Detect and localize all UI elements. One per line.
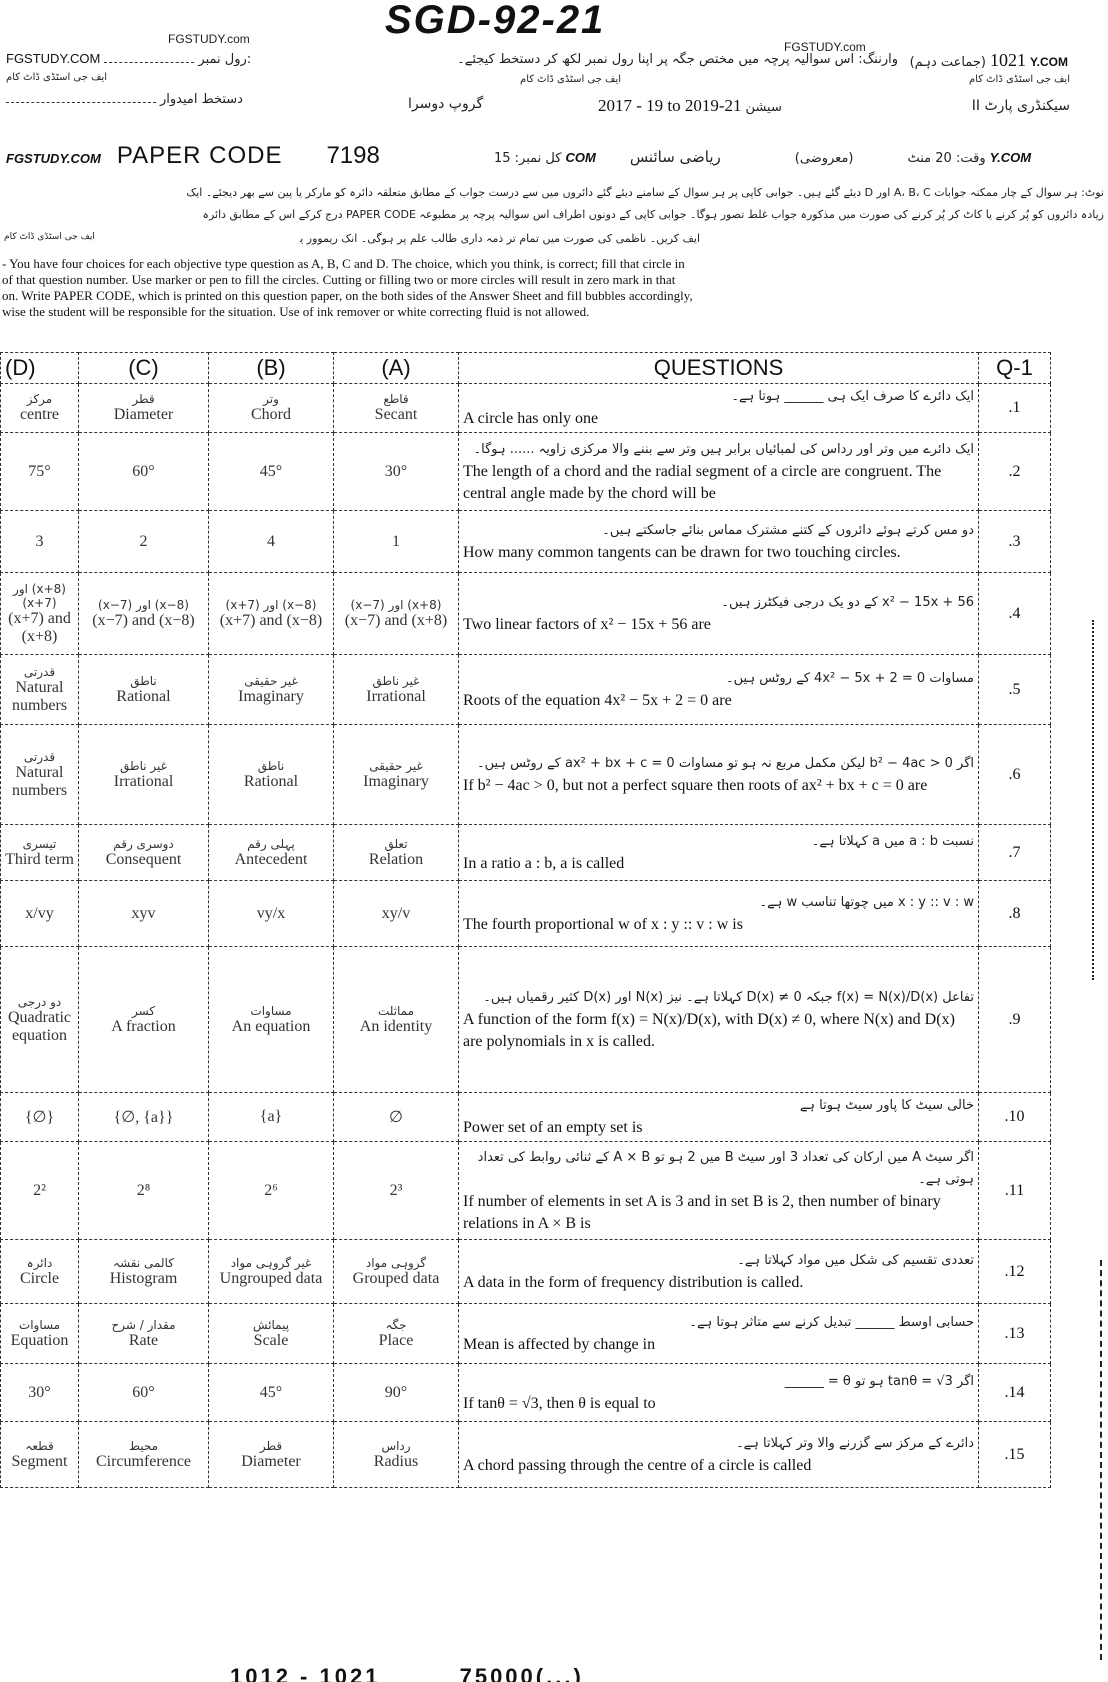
option-b: غیر گروہی موادUngrouped data xyxy=(209,1240,334,1304)
d-ur-text: مرکز xyxy=(5,392,74,406)
question-number: .15 xyxy=(979,1422,1051,1488)
watermark: FGSTUDY.COM xyxy=(6,51,100,66)
option-d: قطعہSegment xyxy=(1,1422,79,1488)
c-text: Circumference xyxy=(96,1453,191,1470)
questions-table: (D) (C) (B) (A) QUESTIONS Q-1 مرکزcentre… xyxy=(0,352,1051,1488)
b-text: An equation xyxy=(232,1018,311,1035)
footer-handwritten: 1012 - 1021 ____ 75000(...) xyxy=(230,1664,584,1682)
b-text: Ungrouped data xyxy=(220,1270,323,1287)
question-text: نسبت a : b میں a کہلاتا ہے۔In a ratio a … xyxy=(459,825,979,881)
question-text: x² − 15x + 56 کے دو یک درجی فیکٹرز ہیں۔T… xyxy=(459,573,979,655)
watermark: Y.COM xyxy=(990,150,1031,165)
q-ur-text: اگر سیٹ A میں ارکان کی تعداد 3 اور سیٹ B… xyxy=(463,1147,974,1191)
c-text: Histogram xyxy=(110,1270,178,1287)
question-number: .14 xyxy=(979,1364,1051,1422)
q-en-text: If tanθ = √3, then θ is equal to xyxy=(463,1395,656,1412)
time-label: وقت: 20 منٹ xyxy=(907,151,985,166)
c-text: Rate xyxy=(129,1332,158,1349)
question-number: .8 xyxy=(979,881,1051,947)
option-b: {a} xyxy=(209,1093,334,1142)
option-a: غیر حقیقیImaginary xyxy=(334,725,459,825)
a-ur-text: قاطع xyxy=(338,392,454,406)
table-row: تیسریThird term دوسری رقمConsequent پہلی… xyxy=(1,825,1051,881)
question-text: اگر tanθ = √3 ہو تو θ = ______If tanθ = … xyxy=(459,1364,979,1422)
c-text: (x−7) and (x−8) xyxy=(92,612,194,629)
question-number: .1 xyxy=(979,384,1051,433)
question-text: دو مس کرتے ہوئے دائروں کے کتنے مشترک مما… xyxy=(459,511,979,573)
table-row: مساواتEquation مقدار / شرحRate پیمائشSca… xyxy=(1,1304,1051,1364)
num-text: .13 xyxy=(1005,1325,1025,1342)
option-c: 60° xyxy=(79,1364,209,1422)
option-a: 30° xyxy=(334,433,459,511)
a-text: Imaginary xyxy=(363,773,429,790)
q-en-text: Power set of an empty set is xyxy=(463,1119,643,1136)
option-b: 4 xyxy=(209,511,334,573)
q-en-text: If number of elements in set A is 3 and … xyxy=(463,1193,941,1232)
c-text: 60° xyxy=(132,1384,154,1401)
d-text: Circle xyxy=(20,1270,59,1287)
b-text: Antecedent xyxy=(235,851,308,868)
option-d: دائرہCircle xyxy=(1,1240,79,1304)
q-ur-text: تعددی تقسیم کی شکل میں مواد کہلاتا ہے۔ xyxy=(463,1250,974,1272)
class-code: 1021 xyxy=(990,50,1026,70)
table-row: قدرتیNatural numbers غیر ناطقIrrational … xyxy=(1,725,1051,825)
paper-code-label: PAPER CODE xyxy=(117,142,283,169)
class-label: (جماعت دہم) 1021 Y.COM xyxy=(910,50,1068,71)
num-text: .11 xyxy=(1005,1182,1024,1199)
question-text: تعددی تقسیم کی شکل میں مواد کہلاتا ہے۔A … xyxy=(459,1240,979,1304)
a-text: Grouped data xyxy=(353,1270,440,1287)
a-text: (x−7) and (x+8) xyxy=(345,612,447,629)
option-b: پیمائشScale xyxy=(209,1304,334,1364)
option-a: ∅ xyxy=(334,1093,459,1142)
c-text: Diameter xyxy=(114,406,174,423)
q-ur-text: تفاعل f(x) = N(x)/D(x) جبکہ D(x) ≠ 0 کہل… xyxy=(463,987,974,1009)
option-a: جگہPlace xyxy=(334,1304,459,1364)
a-text: Secant xyxy=(375,406,418,423)
d-text: 30° xyxy=(28,1384,50,1401)
c-text: Rational xyxy=(116,688,170,705)
b-text: vy/x xyxy=(257,905,285,922)
c-ur-text: (x−8) اور (x−7) xyxy=(83,598,204,612)
table-row: (x+8) اور (x+7)(x+7) and (x+8) (x−8) اور… xyxy=(1,573,1051,655)
b-text: 2⁶ xyxy=(264,1182,278,1199)
a-text: ∅ xyxy=(389,1109,403,1126)
c-ur-text: کالمی نقشہ xyxy=(83,1256,204,1270)
c-text: {∅, {a}} xyxy=(114,1109,174,1126)
option-a: xy/v xyxy=(334,881,459,947)
option-d: تیسریThird term xyxy=(1,825,79,881)
question-number: .3 xyxy=(979,511,1051,573)
b-ur-text: غیر حقیقی xyxy=(213,674,329,688)
d-text: centre xyxy=(20,406,59,423)
num-text: .6 xyxy=(1009,766,1021,783)
d-text: (x+7) and (x+8) xyxy=(8,610,71,645)
question-text: ایک دائرے میں وتر اور رداس کی لمبائیاں ب… xyxy=(459,433,979,511)
b-ur-text: غیر گروہی مواد xyxy=(213,1256,329,1270)
option-c: غیر ناطقIrrational xyxy=(79,725,209,825)
table-row: 3 2 4 1 دو مس کرتے ہوئے دائروں کے کتنے م… xyxy=(1,511,1051,573)
c-text: Irrational xyxy=(114,773,174,790)
option-c: کسرA fraction xyxy=(79,947,209,1093)
table-row: قطعہSegment محیطCircumference قطرDiamete… xyxy=(1,1422,1051,1488)
margin-scribble xyxy=(1100,1260,1106,1660)
q-en-text: The length of a chord and the radial seg… xyxy=(463,463,941,502)
option-b: 2⁶ xyxy=(209,1142,334,1240)
c-text: xyv xyxy=(132,905,156,922)
q-en-text: A data in the form of frequency distribu… xyxy=(463,1274,803,1291)
d-ur-text: دائرہ xyxy=(5,1256,74,1270)
d-text: x/vy xyxy=(25,905,53,922)
marks-time-row: کل نمبر: 15 COM وقت: 20 منٹ (معروضی) ریا… xyxy=(494,148,1104,167)
q-ur-text: مساوات 4x² − 5x + 2 = 0 کے روٹس ہیں۔ xyxy=(463,668,974,690)
b-ur-text: پہلی رقم xyxy=(213,837,329,851)
b-text: (x+7) and (x−8) xyxy=(220,612,322,629)
d-ur-text: دو درجی xyxy=(5,995,74,1009)
option-b: 45° xyxy=(209,1364,334,1422)
candidate-sign-label: دستخط امیدوار xyxy=(160,92,243,107)
total-marks: کل نمبر: 15 xyxy=(494,151,561,166)
table-header: (D) (C) (B) (A) QUESTIONS Q-1 xyxy=(1,353,1051,384)
option-a: رداسRadius xyxy=(334,1422,459,1488)
question-number: .5 xyxy=(979,655,1051,725)
instructions-urdu-2: زیادہ دائروں کو پُر کرنے یا کاٹ کر پُر ک… xyxy=(4,208,1104,221)
a-ur-text: مماثلت xyxy=(338,1004,454,1018)
question-number: .10 xyxy=(979,1093,1051,1142)
option-a: (x+8) اور (x−7)(x−7) and (x+8) xyxy=(334,573,459,655)
watermark: COM xyxy=(565,150,595,165)
question-number: .11 xyxy=(979,1142,1051,1240)
d-text: Quadratic equation xyxy=(8,1009,71,1044)
option-c: ناطقRational xyxy=(79,655,209,725)
b-text: Imaginary xyxy=(238,688,304,705)
option-c: مقدار / شرحRate xyxy=(79,1304,209,1364)
paper-code-value: 7198 xyxy=(326,142,379,169)
a-text: 2³ xyxy=(390,1182,403,1199)
question-number: .9 xyxy=(979,947,1051,1093)
a-text: 1 xyxy=(392,533,400,550)
q-en-text: The fourth proportional w of x : y :: v … xyxy=(463,916,743,933)
c-ur-text: محیط xyxy=(83,1439,204,1453)
option-b: مساواتAn equation xyxy=(209,947,334,1093)
c-text: A fraction xyxy=(111,1018,175,1035)
b-ur-text: پیمائش xyxy=(213,1318,329,1332)
d-text: 2² xyxy=(33,1182,46,1199)
b-ur-text: مساوات xyxy=(213,1004,329,1018)
session: 2017 - 19 to 2019-21 سیشن xyxy=(598,96,782,116)
b-ur-text: قطر xyxy=(213,1439,329,1453)
q-en-text: How many common tangents can be drawn fo… xyxy=(463,544,901,561)
question-text: اگر سیٹ A میں ارکان کی تعداد 3 اور سیٹ B… xyxy=(459,1142,979,1240)
a-text: 30° xyxy=(385,463,407,480)
c-ur-text: قطر xyxy=(83,392,204,406)
c-ur-text: ناطق xyxy=(83,674,204,688)
b-ur-text: وتر xyxy=(213,392,329,406)
option-d: {∅} xyxy=(1,1093,79,1142)
num-text: .1 xyxy=(1009,399,1021,416)
d-text: Third term xyxy=(5,851,74,868)
a-text: Relation xyxy=(369,851,423,868)
table-row: 30° 60° 45° 90° اگر tanθ = √3 ہو تو θ = … xyxy=(1,1364,1051,1422)
option-d: قدرتیNatural numbers xyxy=(1,725,79,825)
c-ur-text: مقدار / شرح xyxy=(83,1318,204,1332)
table-row: دائرہCircle کالمی نقشہHistogram غیر گروہ… xyxy=(1,1240,1051,1304)
option-c: 2 xyxy=(79,511,209,573)
table-row: دو درجیQuadratic equation کسرA fraction … xyxy=(1,947,1051,1093)
a-ur-text: (x+8) اور (x−7) xyxy=(338,598,454,612)
header-option-d: (D) xyxy=(1,353,79,384)
d-text: Equation xyxy=(11,1332,69,1349)
table-row: {∅} {∅, {a}} {a} ∅ خالی سیٹ کا پاور سیٹ … xyxy=(1,1093,1051,1142)
option-d: x/vy xyxy=(1,881,79,947)
b-text: Chord xyxy=(251,406,291,423)
question-text: x : y :: v : w میں چوتھا تناسب w ہے۔The … xyxy=(459,881,979,947)
num-text: .3 xyxy=(1009,533,1021,550)
b-text: Scale xyxy=(254,1332,289,1349)
option-d: دو درجیQuadratic equation xyxy=(1,947,79,1093)
d-ur-text: (x+8) اور (x+7) xyxy=(5,582,74,610)
handwritten-code: SGD-92-21 xyxy=(385,0,605,43)
option-b: قطرDiameter xyxy=(209,1422,334,1488)
num-text: .9 xyxy=(1009,1011,1021,1028)
num-text: .12 xyxy=(1005,1263,1025,1280)
a-ur-text: رداس xyxy=(338,1439,454,1453)
q-en-text: If b² − 4ac > 0, but not a perfect squar… xyxy=(463,777,927,794)
question-text: مساوات 4x² − 5x + 2 = 0 کے روٹس ہیں۔Root… xyxy=(459,655,979,725)
subject-type: (معروضی) xyxy=(795,151,854,166)
a-text: Place xyxy=(379,1332,414,1349)
instructions-urdu-3: ایف کریں۔ ناظمی کی صورت میں تمام تر ذمہ … xyxy=(300,232,700,245)
b-ur-text: ناطق xyxy=(213,759,329,773)
option-b: وترChord xyxy=(209,384,334,433)
option-d: 75° xyxy=(1,433,79,511)
b-text: 45° xyxy=(260,463,282,480)
c-text: 2⁸ xyxy=(137,1182,151,1199)
watermark: Y.COM xyxy=(1030,55,1068,69)
option-b: 45° xyxy=(209,433,334,511)
d-text: Segment xyxy=(12,1453,68,1470)
option-b: پہلی رقمAntecedent xyxy=(209,825,334,881)
option-d: 30° xyxy=(1,1364,79,1422)
num-text: .7 xyxy=(1009,844,1021,861)
b-text: 45° xyxy=(260,1384,282,1401)
instructions-english-2: of that question number. Use marker or p… xyxy=(2,272,675,287)
option-c: {∅, {a}} xyxy=(79,1093,209,1142)
q-ur-text: حسابی اوسط ______ تبدیل کرنے سے متاثر ہو… xyxy=(463,1312,974,1334)
option-a: 90° xyxy=(334,1364,459,1422)
question-number: .4 xyxy=(979,573,1051,655)
roll-no-field: FGSTUDY.COM رول نمبر: xyxy=(6,50,306,68)
option-d: 2² xyxy=(1,1142,79,1240)
warning-text: وارننگ: اس سوالیہ پرچہ میں مختص جگہ پر ا… xyxy=(457,52,898,67)
group-label: گروپ دوسرا xyxy=(408,96,483,112)
instructions-english-1: - You have four choices for each objecti… xyxy=(2,256,685,271)
option-a: تعلقRelation xyxy=(334,825,459,881)
option-a: 2³ xyxy=(334,1142,459,1240)
q-en-text: A function of the form f(x) = N(x)/D(x),… xyxy=(463,1011,955,1050)
instructions-urdu-1: نوٹ: ہر سوال کے چار ممکنہ جوابات A، B، C… xyxy=(4,186,1104,199)
q-ur-text: ایک دائرے میں وتر اور رداس کی لمبائیاں ب… xyxy=(463,439,974,461)
q-en-text: A chord passing through the centre of a … xyxy=(463,1457,811,1474)
option-c: 60° xyxy=(79,433,209,511)
subject: ریاضی سائنس xyxy=(630,148,721,166)
c-text: Consequent xyxy=(106,851,182,868)
a-text: Radius xyxy=(374,1453,418,1470)
q-ur-text: ایک دائرے کا صرف ایک ہی ______ ہوتا ہے۔ xyxy=(463,386,974,408)
option-b: ناطقRational xyxy=(209,725,334,825)
question-text: دائرے کے مرکز سے گزرنے والا وتر کہلاتا ہ… xyxy=(459,1422,979,1488)
question-text: ایک دائرے کا صرف ایک ہی ______ ہوتا ہے۔A… xyxy=(459,384,979,433)
d-text: 75° xyxy=(28,463,50,480)
header-option-a: (A) xyxy=(334,353,459,384)
option-c: محیطCircumference xyxy=(79,1422,209,1488)
header-qnum: Q-1 xyxy=(979,353,1051,384)
instructions-english-3: on. Write PAPER CODE, which is printed o… xyxy=(2,288,693,303)
option-a: 1 xyxy=(334,511,459,573)
question-number: .7 xyxy=(979,825,1051,881)
header-questions: QUESTIONS xyxy=(459,353,979,384)
class-name: (جماعت دہم) xyxy=(910,55,986,70)
d-text: 3 xyxy=(36,533,44,550)
d-ur-text: مساوات xyxy=(5,1318,74,1332)
option-a: مماثلتAn identity xyxy=(334,947,459,1093)
watermark: FGSTUDY.COM xyxy=(6,151,101,166)
session-label: سیشن xyxy=(746,100,782,115)
num-text: .2 xyxy=(1009,463,1021,480)
a-ur-text: جگہ xyxy=(338,1318,454,1332)
b-text: Diameter xyxy=(241,1453,301,1470)
num-text: .14 xyxy=(1005,1384,1025,1401)
option-c: xyv xyxy=(79,881,209,947)
urdu-watermark: ایف جی اسٹڈی ڈاٹ کام xyxy=(6,72,107,83)
option-c: قطرDiameter xyxy=(79,384,209,433)
question-number: .6 xyxy=(979,725,1051,825)
question-text: اگر b² − 4ac > 0 لیکن مکمل مربع نہ ہو تو… xyxy=(459,725,979,825)
a-ur-text: غیر حقیقی xyxy=(338,759,454,773)
q-ur-text: نسبت a : b میں a کہلاتا ہے۔ xyxy=(463,831,974,853)
table-row: مرکزcentre قطرDiameter وترChord قاطعSeca… xyxy=(1,384,1051,433)
table-row: قدرتیNatural numbers ناطقRational غیر حق… xyxy=(1,655,1051,725)
a-ur-text: تعلق xyxy=(338,837,454,851)
b-text: {a} xyxy=(260,1108,282,1125)
option-a: غیر ناطقIrrational xyxy=(334,655,459,725)
q-ur-text: x² − 15x + 56 کے دو یک درجی فیکٹرز ہیں۔ xyxy=(463,592,974,614)
num-text: .5 xyxy=(1009,681,1021,698)
option-d: قدرتیNatural numbers xyxy=(1,655,79,725)
q-en-text: Roots of the equation 4x² − 5x + 2 = 0 a… xyxy=(463,692,732,709)
q-en-text: Two linear factors of x² − 15x + 56 are xyxy=(463,616,711,633)
session-value: 2017 - 19 to 2019-21 xyxy=(598,96,742,115)
q-en-text: A circle has only one xyxy=(463,410,598,427)
table-row: 75° 60° 45° 30° ایک دائرے میں وتر اور رد… xyxy=(1,433,1051,511)
option-a: قاطعSecant xyxy=(334,384,459,433)
q-ur-text: اگر b² − 4ac > 0 لیکن مکمل مربع نہ ہو تو… xyxy=(463,753,974,775)
a-text: xy/v xyxy=(382,905,410,922)
table-row: x/vy xyv vy/x xy/v x : y :: v : w میں چو… xyxy=(1,881,1051,947)
c-text: 2 xyxy=(140,533,148,550)
option-d: 3 xyxy=(1,511,79,573)
b-text: Rational xyxy=(244,773,298,790)
a-ur-text: گروہی مواد xyxy=(338,1256,454,1270)
num-text: .8 xyxy=(1009,905,1021,922)
candidate-sign-field: دستخط امیدوار xyxy=(6,90,256,108)
question-number: .13 xyxy=(979,1304,1051,1364)
option-c: (x−8) اور (x−7)(x−7) and (x−8) xyxy=(79,573,209,655)
a-text: Irrational xyxy=(366,688,426,705)
d-ur-text: تیسری xyxy=(5,837,74,851)
option-c: دوسری رقمConsequent xyxy=(79,825,209,881)
q-ur-text: دو مس کرتے ہوئے دائروں کے کتنے مشترک مما… xyxy=(463,520,974,542)
d-text: Natural numbers xyxy=(12,679,67,714)
table-row: 2² 2⁸ 2⁶ 2³ اگر سیٹ A میں ارکان کی تعداد… xyxy=(1,1142,1051,1240)
option-a: گروہی موادGrouped data xyxy=(334,1240,459,1304)
c-ur-text: کسر xyxy=(83,1004,204,1018)
c-text: 60° xyxy=(132,463,154,480)
d-text: Natural numbers xyxy=(12,764,67,799)
instructions-english-4: wise the student will be responsible for… xyxy=(2,304,589,319)
option-d: مرکزcentre xyxy=(1,384,79,433)
question-text: تفاعل f(x) = N(x)/D(x) جبکہ D(x) ≠ 0 کہل… xyxy=(459,947,979,1093)
urdu-watermark: ایف جی اسٹڈی ڈاٹ کام xyxy=(4,232,95,242)
b-text: 4 xyxy=(267,533,275,550)
roll-no-label: رول نمبر: xyxy=(198,52,251,67)
c-ur-text: غیر ناطق xyxy=(83,759,204,773)
a-text: An identity xyxy=(360,1018,432,1035)
margin-scribble xyxy=(1092,620,1100,980)
d-ur-text: قطعہ xyxy=(5,1439,74,1453)
urdu-watermark: ایف جی اسٹڈی ڈاٹ کام xyxy=(520,74,621,85)
question-number: .2 xyxy=(979,433,1051,511)
option-c: 2⁸ xyxy=(79,1142,209,1240)
q-ur-text: x : y :: v : w میں چوتھا تناسب w ہے۔ xyxy=(463,892,974,914)
num-text: .15 xyxy=(1005,1446,1025,1463)
part-label: سیکنڈری پارٹ II xyxy=(972,98,1070,114)
a-text: 90° xyxy=(385,1384,407,1401)
a-ur-text: غیر ناطق xyxy=(338,674,454,688)
d-text: {∅} xyxy=(25,1109,54,1126)
q-ur-text: خالی سیٹ کا پاور سیٹ ہوتا ہے xyxy=(463,1095,974,1117)
q-en-text: In a ratio a : b, a is called xyxy=(463,855,624,872)
q-ur-text: اگر tanθ = √3 ہو تو θ = ______ xyxy=(463,1371,974,1393)
option-d: (x+8) اور (x+7)(x+7) and (x+8) xyxy=(1,573,79,655)
b-ur-text: (x−8) اور (x+7) xyxy=(213,598,329,612)
question-text: خالی سیٹ کا پاور سیٹ ہوتا ہےPower set of… xyxy=(459,1093,979,1142)
option-d: مساواتEquation xyxy=(1,1304,79,1364)
q-ur-text: دائرے کے مرکز سے گزرنے والا وتر کہلاتا ہ… xyxy=(463,1433,974,1455)
option-b: غیر حقیقیImaginary xyxy=(209,655,334,725)
question-text: حسابی اوسط ______ تبدیل کرنے سے متاثر ہو… xyxy=(459,1304,979,1364)
d-ur-text: قدرتی xyxy=(5,750,74,764)
urdu-watermark: ایف جی اسٹڈی ڈاٹ کام xyxy=(969,74,1070,85)
num-text: .10 xyxy=(1005,1108,1025,1125)
d-ur-text: قدرتی xyxy=(5,665,74,679)
c-ur-text: دوسری رقم xyxy=(83,837,204,851)
header-option-c: (C) xyxy=(79,353,209,384)
header-option-b: (B) xyxy=(209,353,334,384)
option-c: کالمی نقشہHistogram xyxy=(79,1240,209,1304)
question-number: .12 xyxy=(979,1240,1051,1304)
num-text: .4 xyxy=(1009,605,1021,622)
option-b: vy/x xyxy=(209,881,334,947)
watermark: FGSTUDY.com xyxy=(168,32,250,46)
q-en-text: Mean is affected by change in xyxy=(463,1336,655,1353)
option-b: (x−8) اور (x+7)(x+7) and (x−8) xyxy=(209,573,334,655)
